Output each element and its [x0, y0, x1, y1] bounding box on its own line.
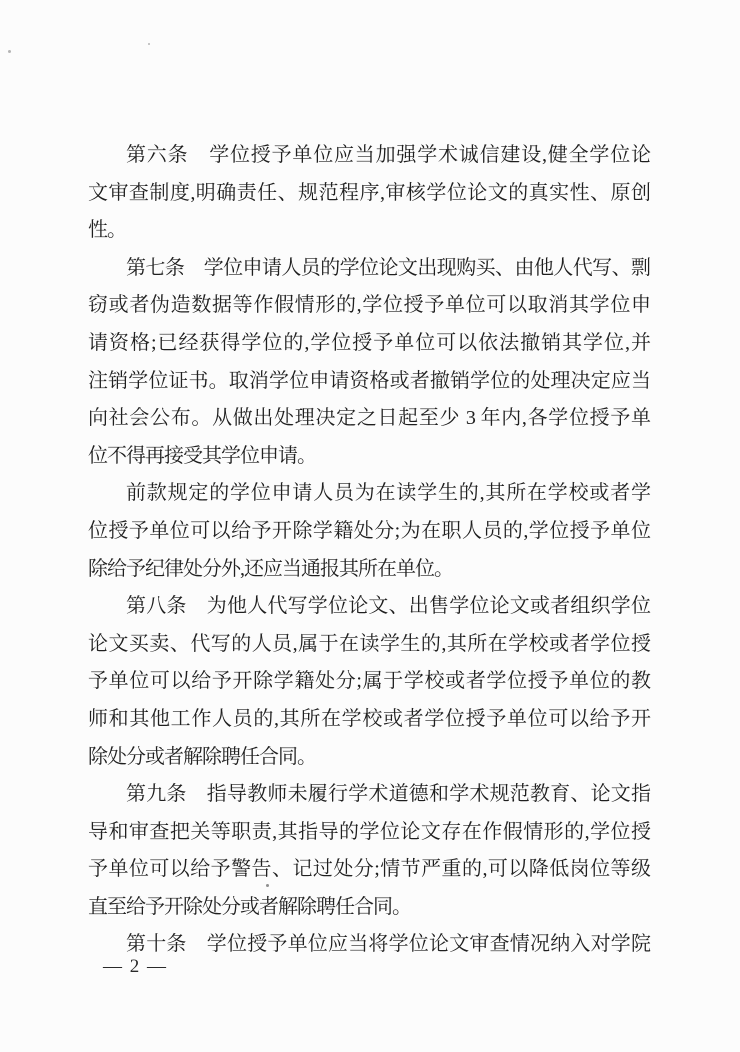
paragraph-article-10: 第十条 学位授予单位应当将学位论文审查情况纳入对学院	[88, 926, 650, 964]
text-line: 师和其他工作人员的,其所在学校或者学位授予单位可以给予开	[88, 701, 650, 739]
text-line: 第八条 为他人代写学位论文、出售学位论文或者组织学位	[88, 588, 650, 626]
text-line: 文审查制度,明确责任、规范程序,审核学位论文的真实性、原创	[88, 175, 650, 213]
text-line: 第七条 学位申请人员的学位论文出现购买、由他人代写、剽	[88, 250, 650, 288]
paragraph-article-8: 第八条 为他人代写学位论文、出售学位论文或者组织学位 论文买卖、代写的人员,属于…	[88, 588, 650, 776]
document-body: 第六条 学位授予单位应当加强学术诚信建设,健全学位论 文审查制度,明确责任、规范…	[88, 137, 650, 964]
text-line: 第九条 指导教师未履行学术道德和学术规范教育、论文指	[88, 776, 650, 814]
text-line: 前款规定的学位申请人员为在读学生的,其所在学校或者学	[88, 475, 650, 513]
paragraph-article-7: 第七条 学位申请人员的学位论文出现购买、由他人代写、剽 窃或者伪造数据等作假情形…	[88, 250, 650, 476]
text-line: 性。	[88, 212, 650, 250]
text-line: 注销学位证书。取消学位申请资格或者撤销学位的处理决定应当	[88, 363, 650, 401]
text-line: 第六条 学位授予单位应当加强学术诚信建设,健全学位论	[88, 137, 650, 175]
document-page: 第六条 学位授予单位应当加强学术诚信建设,健全学位论 文审查制度,明确责任、规范…	[0, 0, 740, 1052]
paragraph-article-7-clause-2: 前款规定的学位申请人员为在读学生的,其所在学校或者学 位授予单位可以给予开除学籍…	[88, 475, 650, 588]
text-line: 直至给予开除处分或者解除聘任合同。	[88, 889, 650, 927]
text-line: 位不得再接受其学位申请。	[88, 438, 650, 476]
text-line: 第十条 学位授予单位应当将学位论文审查情况纳入对学院	[88, 926, 650, 964]
scan-speck	[148, 43, 150, 45]
text-line: 向社会公布。从做出处理决定之日起至少 3 年内,各学位授予单	[88, 400, 650, 438]
text-line: 请资格;已经获得学位的,学位授予单位可以依法撤销其学位,并	[88, 325, 650, 363]
text-line: 论文买卖、代写的人员,属于在读学生的,其所在学校或者学位授	[88, 626, 650, 664]
text-line: 予单位可以给予开除学籍处分;属于学校或者学位授予单位的教	[88, 663, 650, 701]
text-line: 窃或者伪造数据等作假情形的,学位授予单位可以取消其学位申	[88, 287, 650, 325]
paragraph-article-6: 第六条 学位授予单位应当加强学术诚信建设,健全学位论 文审查制度,明确责任、规范…	[88, 137, 650, 250]
text-line: 导和审查把关等职责,其指导的学位论文存在作假情形的,学位授	[88, 814, 650, 852]
text-line: 除处分或者解除聘任合同。	[88, 739, 650, 777]
text-line: 位授予单位可以给予开除学籍处分;为在职人员的,学位授予单位	[88, 513, 650, 551]
page-number: — 2 —	[103, 956, 168, 978]
text-line: 予单位可以给予警告、记过处分;情节严重的,可以降低岗位等级	[88, 851, 650, 889]
scan-speck	[8, 50, 11, 53]
text-line: 除给予纪律处分外,还应当通报其所在单位。	[88, 551, 650, 589]
paragraph-article-9: 第九条 指导教师未履行学术道德和学术规范教育、论文指 导和审查把关等职责,其指导…	[88, 776, 650, 926]
